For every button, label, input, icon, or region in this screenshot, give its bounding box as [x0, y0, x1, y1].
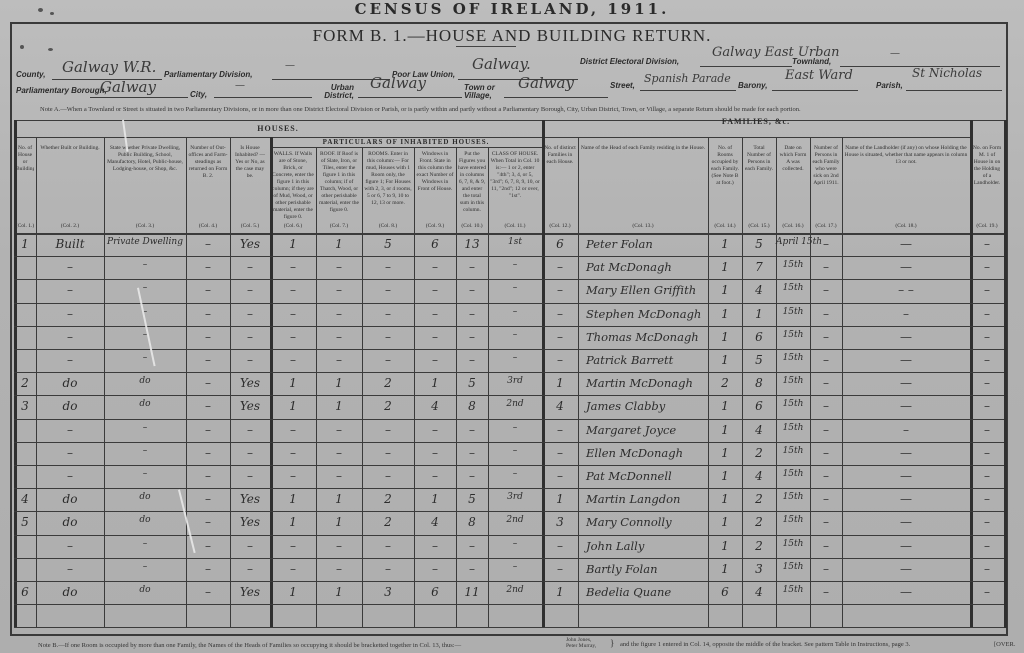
table-cell-c16: 15th [776, 353, 810, 363]
table-cell-c1: 3 [14, 399, 36, 413]
table-cell-c17: – [810, 446, 842, 460]
table-cell-c4: – [186, 492, 230, 506]
table-cell-c16: 15th [776, 376, 810, 386]
table-cell-c16: 15th [776, 492, 810, 502]
parliamentary-division-value: — [285, 60, 295, 71]
table-cell-c5: – [230, 469, 270, 483]
table-cell-c15: 4 [742, 423, 776, 437]
townland-value: — [890, 48, 900, 59]
table-cell-c8: – [362, 423, 414, 437]
table-cell-c15: 4 [742, 283, 776, 297]
table-cell-c5: Yes [230, 376, 270, 390]
table-cell-c12: – [542, 539, 578, 553]
table-cell-c16: 15th [776, 307, 810, 317]
poor-law-union-value: Galway. [472, 55, 531, 73]
row-rule [14, 279, 1004, 280]
table-cell-c4: – [186, 283, 230, 297]
column-header-c16: Date on which Form A was collected. [778, 145, 808, 219]
table-cell-c10: – [456, 353, 488, 367]
table-cell-c3: – [104, 260, 186, 270]
table-cell-c2: do [36, 585, 104, 599]
table-cell-c13: Patrick Barrett [586, 353, 706, 367]
table-cell-c13: Margaret Joyce [586, 423, 706, 437]
table-cell-c9: 4 [414, 515, 456, 529]
table-cell-c7: – [316, 469, 362, 483]
table-cell-c16: April 15th [776, 237, 810, 247]
table-cell-c7: – [316, 562, 362, 576]
table-cell-c2: do [36, 376, 104, 390]
table-cell-c19: – [970, 469, 1004, 483]
table-cell-c11: – [488, 260, 542, 270]
table-cell-c19: – [970, 283, 1004, 297]
table-cell-c15: 1 [742, 307, 776, 321]
column-header-c1: No. of House or Building. [16, 145, 34, 219]
column-number-c6: (Col. 6.) [270, 223, 316, 229]
table-cell-c8: – [362, 353, 414, 367]
table-cell-c12: – [542, 260, 578, 274]
table-cell-c8: – [362, 539, 414, 553]
column-number-c1: (Col. 1.) [14, 223, 36, 229]
table-cell-c8: – [362, 283, 414, 297]
table-cell-c18: – – [842, 283, 970, 297]
column-header-c18: Name of the Landholder (if any) on whose… [844, 145, 968, 219]
row-rule [14, 488, 1004, 489]
table-cell-c15: 2 [742, 492, 776, 506]
table-cell-c11: 2nd [488, 399, 542, 409]
table-cell-c13: Pat McDonnell [586, 469, 706, 483]
table-cell-c18: — [842, 492, 970, 506]
table-cell-c13: Martin Langdon [586, 492, 706, 506]
table-cell-c5: – [230, 353, 270, 367]
column-number-c14: (Col. 14.) [708, 223, 742, 229]
table-cell-c11: – [488, 539, 542, 549]
table-cell-c6: – [270, 330, 316, 344]
column-number-c13: (Col. 13.) [578, 223, 708, 229]
table-cell-c18: – [842, 307, 970, 321]
street-label: Street, [610, 82, 635, 90]
table-cell-c2: – [36, 423, 104, 437]
table-cell-c6: 1 [270, 585, 316, 599]
column-number-c15: (Col. 15.) [742, 223, 776, 229]
table-cell-c12: 1 [542, 585, 578, 599]
table-cell-c18: — [842, 585, 970, 599]
table-cell-c4: – [186, 353, 230, 367]
table-cell-c10: 8 [456, 515, 488, 529]
table-cell-c14: 1 [708, 399, 742, 413]
table-cell-c5: – [230, 330, 270, 344]
table-cell-c19: – [970, 585, 1004, 599]
table-cell-c9: – [414, 446, 456, 460]
column-number-c4: (Col. 4.) [186, 223, 230, 229]
table-cell-c7: – [316, 260, 362, 274]
row-rule [14, 627, 1004, 628]
table-cell-c4: – [186, 260, 230, 274]
table-cell-c6: 1 [270, 376, 316, 390]
table-cell-c4: – [186, 376, 230, 390]
column-header-c15: Total Number of Persons in each Family. [744, 145, 774, 219]
table-cell-c7: – [316, 353, 362, 367]
table-cell-c19: – [970, 376, 1004, 390]
table-cell-c13: Bedelia Quane [586, 585, 706, 599]
table-cell-c11: 3rd [488, 492, 542, 502]
table-cell-c13: Ellen McDonagh [586, 446, 706, 460]
table-cell-c17: – [810, 330, 842, 344]
table-cell-c6: – [270, 283, 316, 297]
table-cell-c15: 4 [742, 469, 776, 483]
row-rule [14, 558, 1004, 559]
table-cell-c13: Stephen McDonagh [586, 307, 706, 321]
table-cell-c10: – [456, 260, 488, 274]
column-number-c2: (Col. 2.) [36, 223, 104, 229]
table-cell-c18: — [842, 399, 970, 413]
table-cell-c11: 2nd [488, 515, 542, 525]
table-cell-c19: – [970, 562, 1004, 576]
table-cell-c16: 15th [776, 585, 810, 595]
table-cell-c4: – [186, 399, 230, 413]
table-cell-c8: 2 [362, 492, 414, 506]
table-cell-c19: – [970, 353, 1004, 367]
table-cell-c15: 2 [742, 446, 776, 460]
table-cell-c4: – [186, 562, 230, 576]
table-cell-c3: – [104, 539, 186, 549]
table-cell-c6: – [270, 307, 316, 321]
table-cell-c9: – [414, 330, 456, 344]
table-cell-c16: 15th [776, 562, 810, 572]
table-cell-c2: – [36, 307, 104, 321]
table-cell-c13: Mary Ellen Griffith [586, 283, 706, 297]
table-cell-c8: – [362, 562, 414, 576]
table-cell-c8: – [362, 469, 414, 483]
table-cell-c14: 1 [708, 353, 742, 367]
column-number-c9: (Col. 9.) [414, 223, 456, 229]
table-cell-c4: – [186, 307, 230, 321]
table-cell-c18: — [842, 539, 970, 553]
table-cell-c10: – [456, 562, 488, 576]
table-cell-c12: – [542, 307, 578, 321]
table-cell-c7: 1 [316, 515, 362, 529]
table-cell-c15: 5 [742, 353, 776, 367]
row-rule [14, 326, 1004, 327]
table-cell-c7: 1 [316, 492, 362, 506]
table-cell-c10: – [456, 423, 488, 437]
table-cell-c16: 15th [776, 330, 810, 340]
table-cell-c5: – [230, 307, 270, 321]
table-cell-c17: – [810, 237, 842, 251]
table-cell-c13: John Lally [586, 539, 706, 553]
table-cell-c8: 2 [362, 515, 414, 529]
column-divider [578, 137, 579, 628]
table-cell-c7: 1 [316, 399, 362, 413]
table-cell-c11: – [488, 469, 542, 479]
table-cell-c5: Yes [230, 585, 270, 599]
table-cell-c15: 2 [742, 539, 776, 553]
table-cell-c2: do [36, 399, 104, 413]
row-rule [14, 349, 1004, 350]
table-cell-c17: – [810, 469, 842, 483]
census-title: CENSUS OF IRELAND, 1911. [0, 0, 1024, 18]
row-rule [14, 256, 1004, 257]
table-cell-c19: – [970, 446, 1004, 460]
table-cell-c7: – [316, 307, 362, 321]
column-header-c19: No. on Form M. 1 of House in on the Hold… [972, 145, 1002, 219]
table-cell-c13: Thomas McDonagh [586, 330, 706, 344]
table-cell-c18: — [842, 260, 970, 274]
table-cell-c14: 1 [708, 283, 742, 297]
column-header-c4: Number of Out-offices and Farm-steadings… [188, 145, 228, 219]
column-divider [1004, 120, 1007, 628]
table-cell-c19: – [970, 307, 1004, 321]
column-header-c3: State whether Private Dwelling, Public B… [106, 145, 184, 219]
title-rule [456, 46, 516, 47]
table-cell-c5: – [230, 446, 270, 460]
table-cell-c1: 5 [14, 515, 36, 529]
bracket-glyph: } [610, 638, 614, 648]
table-cell-c11: 3rd [488, 376, 542, 386]
urban-district-label: Urban District, [314, 84, 354, 100]
row-rule [14, 419, 1004, 420]
over-marker: [OVER. [994, 641, 1015, 648]
table-cell-c8: – [362, 307, 414, 321]
table-cell-c9: 4 [414, 399, 456, 413]
city-underline [214, 97, 312, 98]
column-number-c8: (Col. 8.) [362, 223, 414, 229]
table-cell-c16: 15th [776, 515, 810, 525]
table-cell-c4: – [186, 515, 230, 529]
table-cell-c15: 6 [742, 399, 776, 413]
note-b-example-2: Peter Murray, [566, 643, 596, 649]
table-cell-c12: – [542, 562, 578, 576]
city-value: — [235, 80, 245, 91]
row-rule [14, 442, 1004, 443]
table-cell-c12: 1 [542, 376, 578, 390]
table-cell-c16: 15th [776, 446, 810, 456]
row-rule [14, 581, 1004, 582]
table-cell-c16: 15th [776, 283, 810, 293]
table-cell-c12: – [542, 283, 578, 297]
table-cell-c7: – [316, 423, 362, 437]
table-cell-c14: 1 [708, 330, 742, 344]
table-cell-c2: – [36, 283, 104, 297]
table-cell-c3: Private Dwelling [104, 237, 186, 247]
column-header-c12: No. of distinct Families in each House. [544, 145, 576, 219]
table-cell-c14: 6 [708, 585, 742, 599]
table-cell-c12: – [542, 353, 578, 367]
column-number-c7: (Col. 7.) [316, 223, 362, 229]
table-cell-c2: – [36, 446, 104, 460]
table-cell-c6: – [270, 469, 316, 483]
column-header-c2: Whether Built or Building. [38, 145, 102, 219]
table-cell-c13: Martin McDonagh [586, 376, 706, 390]
table-cell-c12: – [542, 446, 578, 460]
table-cell-c8: – [362, 446, 414, 460]
table-cell-c11: – [488, 283, 542, 293]
table-cell-c7: – [316, 446, 362, 460]
table-cell-c7: – [316, 539, 362, 553]
table-cell-c10: 11 [456, 585, 488, 599]
table-cell-c6: 1 [270, 237, 316, 251]
table-cell-c18: — [842, 562, 970, 576]
table-cell-c14: 1 [708, 469, 742, 483]
table-cell-c15: 2 [742, 515, 776, 529]
row-rule [14, 604, 1004, 605]
table-cell-c3: – [104, 283, 186, 293]
table-cell-c10: – [456, 469, 488, 483]
table-cell-c9: – [414, 353, 456, 367]
table-cell-c10: 8 [456, 399, 488, 413]
table-cell-c15: 3 [742, 562, 776, 576]
column-number-c11: (Col. 11.) [488, 223, 542, 229]
table-cell-c2: – [36, 330, 104, 344]
table-cell-c4: – [186, 469, 230, 483]
column-number-c16: (Col. 16.) [776, 223, 810, 229]
table-cell-c17: – [810, 562, 842, 576]
table-cell-c3: do [104, 376, 186, 386]
table-cell-c3: – [104, 469, 186, 479]
row-rule [14, 372, 1004, 373]
column-header-c14: No. of Rooms occupied by each Family. (S… [710, 145, 740, 219]
table-cell-c5: – [230, 423, 270, 437]
county-value: Galway W.R. [62, 58, 156, 76]
town-or-village-value: Galway [518, 74, 574, 92]
table-cell-c9: – [414, 283, 456, 297]
table-cell-c10: – [456, 330, 488, 344]
row-rule [14, 465, 1004, 466]
table-cell-c19: – [970, 330, 1004, 344]
table-cell-c11: – [488, 307, 542, 317]
table-cell-c6: – [270, 562, 316, 576]
district-electoral-division-label: District Electoral Division, [580, 58, 679, 66]
table-cell-c6: 1 [270, 492, 316, 506]
table-cell-c17: – [810, 423, 842, 437]
table-cell-c18: — [842, 330, 970, 344]
table-cell-c5: Yes [230, 492, 270, 506]
table-cell-c14: 1 [708, 515, 742, 529]
table-cell-c17: – [810, 260, 842, 274]
table-cell-c11: 2nd [488, 585, 542, 595]
table-cell-c1: 4 [14, 492, 36, 506]
table-cell-c11: – [488, 446, 542, 456]
table-cell-c2: – [36, 353, 104, 367]
row-rule [14, 535, 1004, 536]
column-header-c10: Put the Figures you have entered in colu… [458, 151, 486, 219]
table-cell-c15: 4 [742, 585, 776, 599]
table-cell-c17: – [810, 515, 842, 529]
column-number-c17: (Col. 17.) [810, 223, 842, 229]
table-cell-c16: 15th [776, 539, 810, 549]
column-number-c18: (Col. 18.) [842, 223, 970, 229]
table-cell-c3: – [104, 330, 186, 340]
table-cell-c12: – [542, 423, 578, 437]
table-cell-c2: – [36, 562, 104, 576]
barony-underline [772, 90, 858, 91]
table-cell-c2: Built [36, 237, 104, 251]
column-header-c17: Number of Persons in each Family who wer… [812, 145, 840, 219]
note-b: Note B.—If one Room is occupied by more … [38, 642, 461, 649]
table-cell-c11: – [488, 330, 542, 340]
table-cell-c12: 3 [542, 515, 578, 529]
table-cell-c13: Mary Connolly [586, 515, 706, 529]
section-houses: HOUSES. [14, 124, 542, 133]
table-cell-c2: – [36, 469, 104, 483]
street-value: Spanish Parade [644, 72, 731, 85]
column-number-c12: (Col. 12.) [542, 223, 578, 229]
column-number-c3: (Col. 3.) [104, 223, 186, 229]
table-cell-c12: – [542, 469, 578, 483]
table-cell-c3: – [104, 562, 186, 572]
table-cell-c7: 1 [316, 376, 362, 390]
table-cell-c14: 1 [708, 446, 742, 460]
table-cell-c19: – [970, 237, 1004, 251]
table-cell-c1: 6 [14, 585, 36, 599]
table-cell-c3: do [104, 585, 186, 595]
table-cell-c13: James Clabby [586, 399, 706, 413]
table-cell-c8: – [362, 260, 414, 274]
table-cell-c10: – [456, 307, 488, 321]
table-cell-c17: – [810, 376, 842, 390]
column-header-c5: Is House Inhabited? — Yes or No, as the … [232, 145, 268, 219]
table-cell-c18: — [842, 237, 970, 251]
table-cell-c14: 1 [708, 307, 742, 321]
table-cell-c9: 6 [414, 237, 456, 251]
table-cell-c9: 6 [414, 585, 456, 599]
column-header-c8: ROOMS. Enter in this column:— For mud, H… [364, 151, 412, 219]
table-cell-c16: 15th [776, 260, 810, 270]
table-cell-c15: 6 [742, 330, 776, 344]
parliamentary-division-label: Parliamentary Division, [164, 71, 252, 79]
row-rule [14, 395, 1004, 396]
table-cell-c16: 15th [776, 423, 810, 433]
county-label: County, [16, 71, 45, 79]
table-cell-c13: Peter Folan [586, 237, 706, 251]
table-cell-c8: 2 [362, 376, 414, 390]
table-cell-c8: – [362, 330, 414, 344]
table-cell-c6: 1 [270, 399, 316, 413]
table-cell-c11: – [488, 423, 542, 433]
table-cell-c7: – [316, 283, 362, 297]
street-underline [640, 90, 736, 91]
table-cell-c12: 4 [542, 399, 578, 413]
table-cell-c7: 1 [316, 585, 362, 599]
table-cell-c3: do [104, 492, 186, 502]
table-cell-c12: 1 [542, 492, 578, 506]
table-cell-c9: – [414, 260, 456, 274]
table-cell-c19: – [970, 260, 1004, 274]
table-cell-c11: – [488, 562, 542, 572]
table-cell-c15: 7 [742, 260, 776, 274]
table-cell-c6: – [270, 260, 316, 274]
table-cell-c4: – [186, 446, 230, 460]
table-cell-c14: 1 [708, 423, 742, 437]
table-cell-c8: 3 [362, 585, 414, 599]
table-cell-c10: – [456, 539, 488, 553]
table-cell-c8: 5 [362, 237, 414, 251]
table-cell-c3: – [104, 446, 186, 456]
parliamentary-borough-label: Parliamentary Borough, [16, 87, 107, 95]
table-cell-c17: – [810, 539, 842, 553]
table-cell-c5: – [230, 539, 270, 553]
table-cell-c2: – [36, 539, 104, 553]
table-cell-c5: – [230, 283, 270, 297]
table-cell-c8: 2 [362, 399, 414, 413]
table-cell-c19: – [970, 423, 1004, 437]
table-cell-c15: 8 [742, 376, 776, 390]
form-title: FORM B. 1.—HOUSE AND BUILDING RETURN. [0, 26, 1024, 46]
table-cell-c9: 1 [414, 376, 456, 390]
table-cell-c4: – [186, 237, 230, 251]
table-cell-c9: – [414, 307, 456, 321]
parish-value: St Nicholas [912, 66, 982, 80]
table-cell-c3: do [104, 399, 186, 409]
